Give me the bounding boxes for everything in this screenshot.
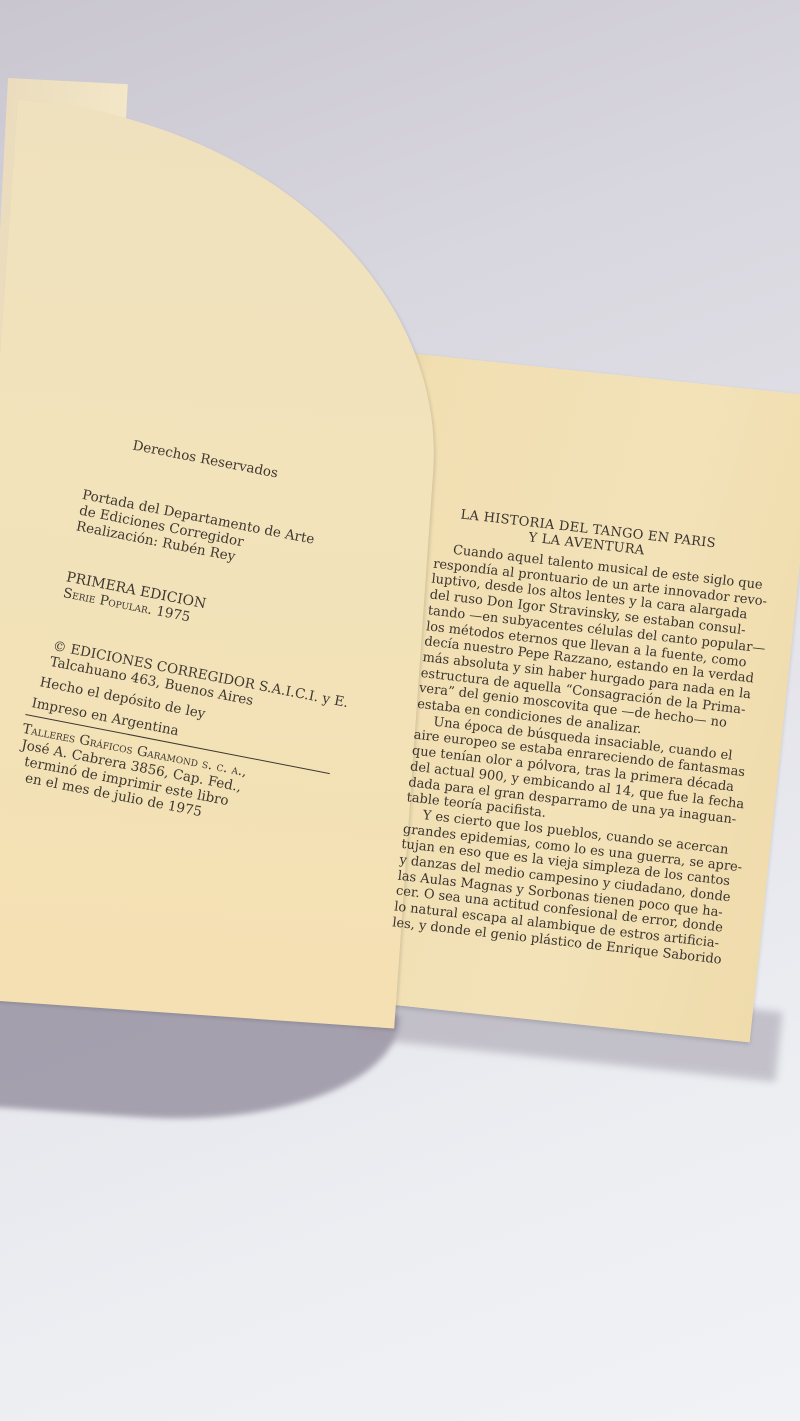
paragraph: Cuando aquel talento musical de este sig… [416,541,734,747]
chapter-text: LA HISTORIA DEL TANGO EN PARIS Y LA AVEN… [391,505,738,965]
photo-scene: Derechos Reservados Portada del Departam… [0,0,800,1421]
